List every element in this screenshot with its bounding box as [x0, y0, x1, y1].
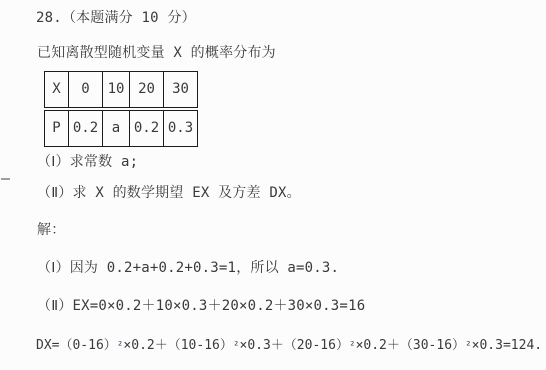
question-part-2: （Ⅱ）求 X 的数学期望 EX 及方差 DX。 [37, 185, 301, 202]
solution-step-2: （Ⅱ）EX=0×0.2＋10×0.3＋20×0.2＋30×0.3=16 [37, 298, 365, 315]
solution-label: 解： [37, 222, 65, 239]
document-page: 28.（本题满分 10 分） 已知离散型随机变量 X 的概率分布为 X 0 10… [0, 0, 546, 370]
table-cell-p-value: 0.2 [68, 110, 103, 147]
solution-step-1: （Ⅰ）因为 0.2+a+0.2+0.3=1，所以 a=0.3. [37, 260, 339, 277]
table-cell-p-value: 0.3 [163, 110, 198, 147]
table-cell-x-value: 0 [68, 71, 103, 108]
problem-intro-text: 已知离散型随机变量 X 的概率分布为 [37, 45, 276, 62]
solution-step-3: DX=（0-16）²×0.2＋（10-16）²×0.3＋（20-16）²×0.2… [36, 337, 542, 354]
table-cell-x-value: 30 [163, 71, 198, 108]
table-cell-p-value: 0.2 [129, 110, 164, 147]
table-cell-x-value: 20 [129, 71, 164, 108]
margin-dash-mark [1, 178, 10, 180]
question-part-1: （Ⅰ）求常数 a; [37, 154, 138, 171]
table-cell-x-label: X [44, 71, 69, 108]
table-cell-p-value: a [102, 110, 130, 147]
table-cell-p-label: P [44, 110, 69, 147]
table-row-p: P 0.2 a 0.2 0.3 [44, 110, 198, 147]
table-cell-x-value: 10 [102, 71, 130, 108]
problem-number-line: 28.（本题满分 10 分） [36, 10, 196, 27]
probability-distribution-table: X 0 10 20 30 P 0.2 a 0.2 0.3 [44, 71, 198, 147]
table-row-x: X 0 10 20 30 [44, 71, 198, 108]
